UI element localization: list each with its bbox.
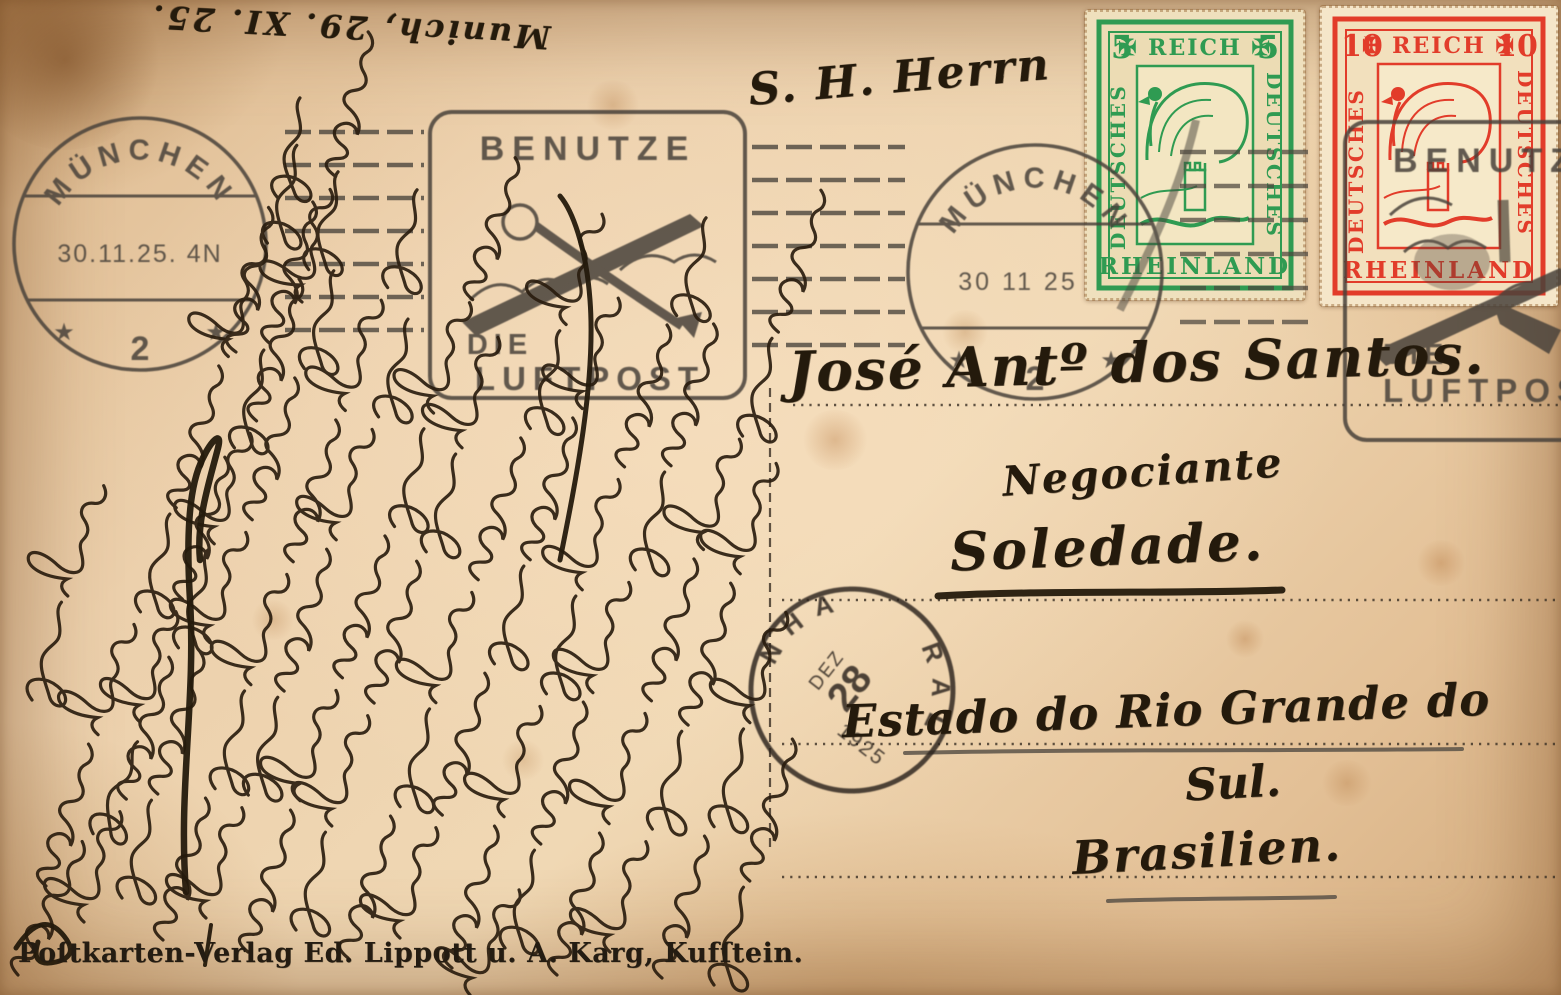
handwriting-line	[425, 869, 525, 995]
handwriting-flourish	[184, 438, 219, 892]
handwriting-line	[563, 448, 809, 963]
postcard-back: 5 5 ✠ REICH ✠ DEUTSCHES DEUTSCHES RHEINL…	[0, 0, 1561, 995]
soledade-underline	[938, 590, 1282, 596]
addressee-region-line2: Sul.	[1184, 756, 1282, 812]
handwriting-line	[75, 256, 368, 909]
publisher-imprint: Poſtkarten-Verlag Ed. Lippott u. A. Karg…	[18, 938, 803, 969]
handwriting-line	[159, 304, 442, 928]
addressee-town: Soledade.	[949, 511, 1266, 584]
handwriting-line	[254, 21, 384, 305]
handwriting-line	[615, 597, 818, 989]
handwriting-line	[458, 310, 750, 959]
handwriting-flourish	[560, 196, 591, 560]
handwriting-line	[301, 199, 635, 969]
